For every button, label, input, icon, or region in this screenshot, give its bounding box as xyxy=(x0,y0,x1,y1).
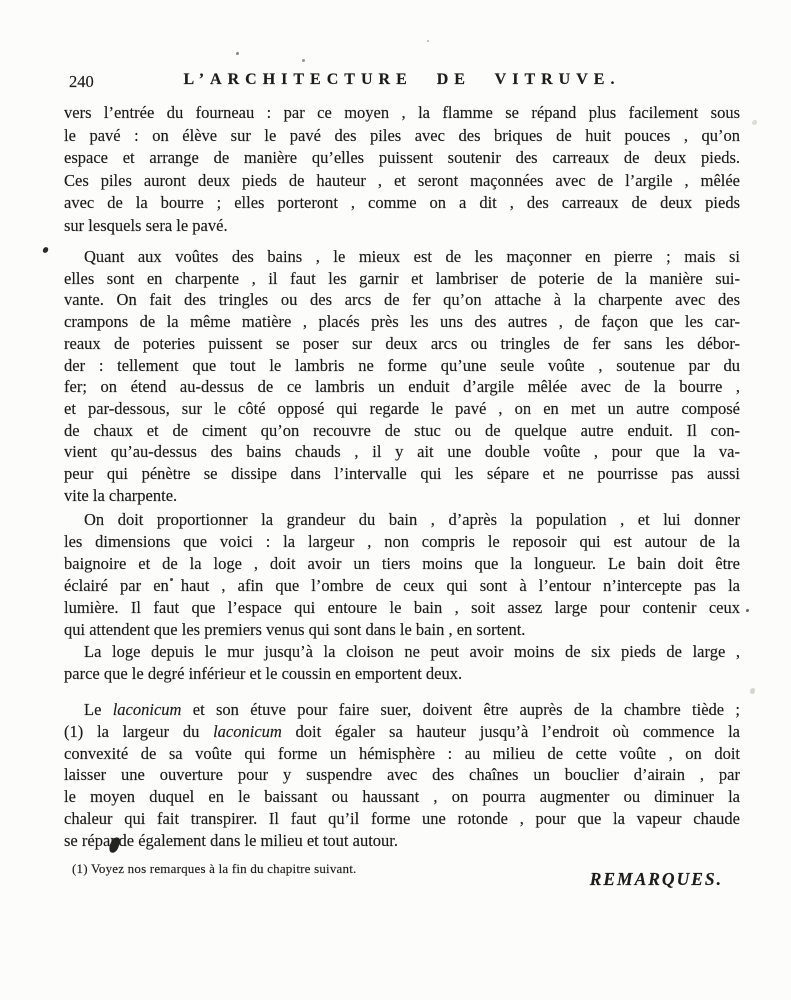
catchword-remarques: REMARQUES. xyxy=(590,869,723,890)
book-page-scan: 240 L’ARCHITECTURE DE VITRUVE. vers l’en… xyxy=(0,0,791,1000)
paragraph: Quant aux voûtes des bains , le mieux es… xyxy=(64,246,740,506)
text-segment: et par-dessous, sur le côté opposé qui r… xyxy=(64,399,740,418)
text-segment: espace et arrange de manière qu’elles pu… xyxy=(64,148,740,167)
text-segment: (1) la largeur du xyxy=(64,722,213,741)
text-line: Le laconicum et son étuve pour faire sue… xyxy=(64,699,740,721)
text-line: le pavé : on élève sur le pavé des piles… xyxy=(64,125,740,148)
text-line: chaleur qui fait transpirer. Il faut qu’… xyxy=(64,808,740,830)
text-line: reaux de poteries puissent se poser sur … xyxy=(64,333,740,355)
ink-speck xyxy=(746,609,749,612)
text-segment: peur qui pénètre se dissipe dans l’inter… xyxy=(64,464,740,483)
text-line: lumière. Il faut que l’espace qui entour… xyxy=(64,597,740,619)
italic-term: laconicum xyxy=(113,700,182,719)
text-line: laisser une ouverture pour y suspendre a… xyxy=(64,764,740,786)
text-segment: fer; on étend au-dessus de ce lambris un… xyxy=(64,377,740,396)
text-segment: vante. On fait des tringles ou des arcs … xyxy=(64,290,740,309)
text-segment: convexité de sa voûte qui forme un hémis… xyxy=(64,744,740,763)
text-segment: reaux de poteries puissent se poser sur … xyxy=(64,334,740,353)
ink-speck xyxy=(750,688,755,694)
text-line: (1) la largeur du laconicum doit égaler … xyxy=(64,721,740,743)
text-line: On doit proportionner la grandeur du bai… xyxy=(64,509,740,531)
text-segment: lumière. Il faut que l’espace qui entour… xyxy=(64,598,740,617)
text-segment: vient qu’au-dessus des bains chauds , il… xyxy=(64,442,740,461)
text-line: crampons de la même matière , placés prè… xyxy=(64,311,740,333)
text-line: La loge depuis le mur jusqu’à la cloison… xyxy=(64,641,740,663)
text-line: sur lesquels sera le pavé. xyxy=(64,215,740,238)
text-segment: La loge depuis le mur jusqu’à la cloison… xyxy=(84,642,740,661)
paragraph: vers l’entrée du fourneau : par ce moyen… xyxy=(64,102,740,237)
footnote: (1) Voyez nos remarques à la fin du chap… xyxy=(72,861,356,877)
text-line: le moyen duquel en le baissant ou haussa… xyxy=(64,786,740,808)
text-segment: éclairé par en haut , afin que l’ombre d… xyxy=(64,576,740,595)
text-segment: Ces piles auront deux pieds de hauteur ,… xyxy=(64,171,740,190)
text-line: Ces piles auront deux pieds de hauteur ,… xyxy=(64,170,740,193)
text-line: der : tellement que tout le lambris ne f… xyxy=(64,355,740,377)
text-segment: avec de la bourre ; elles porteront , co… xyxy=(64,193,740,212)
text-line: elles sont en charpente , il faut les ga… xyxy=(64,268,740,290)
ink-speck xyxy=(302,59,305,62)
ink-speck xyxy=(427,40,429,42)
text-line: vers l’entrée du fourneau : par ce moyen… xyxy=(64,102,740,125)
text-segment: de chaux et de ciment qu’on recouvre de … xyxy=(64,421,740,440)
text-segment: les dimensions que voici : la largeur , … xyxy=(64,532,740,551)
text-segment: On doit proportionner la grandeur du bai… xyxy=(84,510,740,529)
text-segment: le moyen duquel en le baissant ou haussa… xyxy=(64,787,740,806)
text-segment: elles sont en charpente , il faut les ga… xyxy=(64,269,740,288)
text-segment: qui attendent que les premiers venus qui… xyxy=(64,620,525,639)
ink-speck xyxy=(236,52,239,55)
text-line: espace et arrange de manière qu’elles pu… xyxy=(64,147,740,170)
italic-term: laconicum xyxy=(213,722,282,741)
text-line: vite la charpente. xyxy=(64,485,740,507)
text-segment: et son étuve pour faire suer, doivent êt… xyxy=(181,700,740,719)
text-segment: Le xyxy=(84,700,113,719)
text-segment: vers l’entrée du fourneau : par ce moyen… xyxy=(64,103,740,122)
text-segment: baignoire et de la loge , doit avoir un … xyxy=(64,554,740,573)
text-segment: sur lesquels sera le pavé. xyxy=(64,216,228,235)
running-header-title: L’ARCHITECTURE DE VITRUVE. xyxy=(64,71,740,89)
text-line: et par-dessous, sur le côté opposé qui r… xyxy=(64,398,740,420)
text-line: se répande également dans le milieu et t… xyxy=(64,830,740,852)
text-segment: Quant aux voûtes des bains , le mieux es… xyxy=(84,247,740,266)
text-segment: doit égaler sa hauteur jusqu’à l’endroit… xyxy=(282,722,740,741)
text-segment: le pavé : on élève sur le pavé des piles… xyxy=(64,126,740,145)
paragraph: On doit proportionner la grandeur du bai… xyxy=(64,509,740,641)
text-line: avec de la bourre ; elles porteront , co… xyxy=(64,192,740,215)
paragraph: La loge depuis le mur jusqu’à la cloison… xyxy=(64,641,740,685)
text-line: de chaux et de ciment qu’on recouvre de … xyxy=(64,420,740,442)
text-line: les dimensions que voici : la largeur , … xyxy=(64,531,740,553)
text-segment: parce que le degré inférieur et le couss… xyxy=(64,664,462,683)
text-line: éclairé par en haut , afin que l’ombre d… xyxy=(64,575,740,597)
text-line: vient qu’au-dessus des bains chauds , il… xyxy=(64,441,740,463)
text-line: baignoire et de la loge , doit avoir un … xyxy=(64,553,740,575)
text-line: fer; on étend au-dessus de ce lambris un… xyxy=(64,376,740,398)
text-segment: der : tellement que tout le lambris ne f… xyxy=(64,356,740,375)
text-line: convexité de sa voûte qui forme un hémis… xyxy=(64,743,740,765)
text-segment: crampons de la même matière , placés prè… xyxy=(64,312,740,331)
paragraph: Le laconicum et son étuve pour faire sue… xyxy=(64,699,740,852)
text-line: peur qui pénètre se dissipe dans l’inter… xyxy=(64,463,740,485)
text-segment: vite la charpente. xyxy=(64,486,177,505)
ink-speck xyxy=(752,120,757,125)
text-line: parce que le degré inférieur et le couss… xyxy=(64,663,740,685)
text-segment: laisser une ouverture pour y suspendre a… xyxy=(64,765,740,784)
text-line: vante. On fait des tringles ou des arcs … xyxy=(64,289,740,311)
ink-speck xyxy=(42,246,49,253)
text-line: Quant aux voûtes des bains , le mieux es… xyxy=(64,246,740,268)
text-line: qui attendent que les premiers venus qui… xyxy=(64,619,740,641)
text-segment: chaleur qui fait transpirer. Il faut qu’… xyxy=(64,809,740,828)
